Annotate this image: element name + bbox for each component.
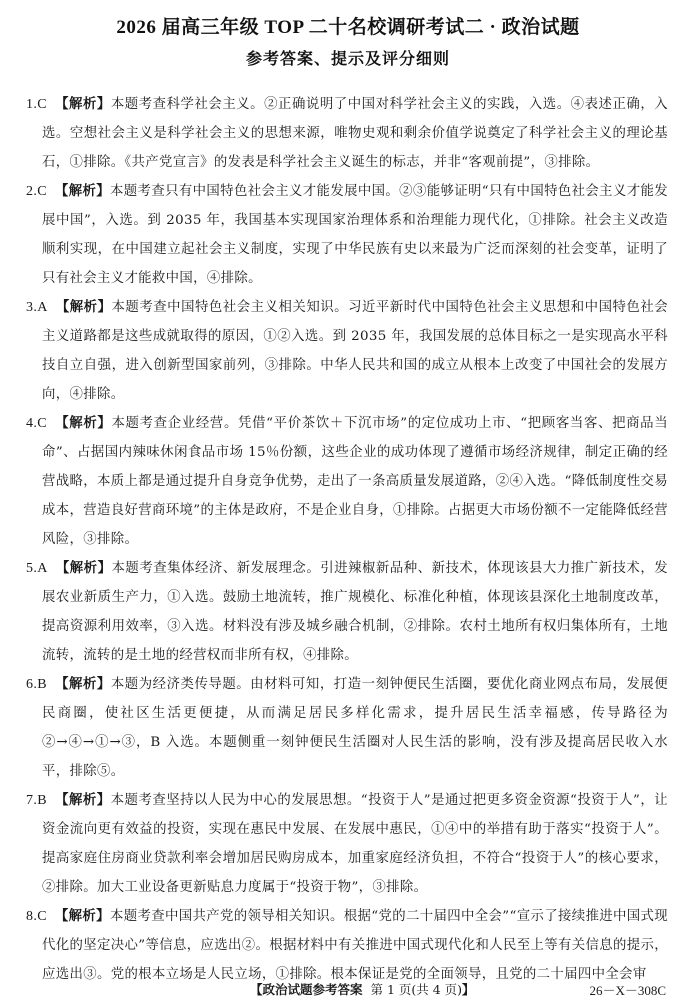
document-page: 2026 届高三年级 TOP 二十名校调研考试二 · 政治试题 参考答案、提示及… — [0, 0, 696, 1005]
item-number: 4. — [26, 416, 37, 431]
item-number: 6. — [26, 677, 37, 692]
item-explanation: 本题考查科学社会主义。②正确说明了中国对科学社会主义的实践，入选。④表述正确，入… — [42, 97, 668, 170]
footer-doc-name: 政治试题参考答案 — [263, 982, 363, 997]
answer-item-3: 3.A【解析】本题考查中国特色社会主义相关知识。习近平新时代中国特色社会主义思想… — [26, 293, 668, 409]
footer-page-label: 【政治试题参考答案 第 1 页(共 4 页)】 — [250, 980, 475, 998]
analysis-tag: 【解析】 — [55, 183, 110, 199]
item-answer: B — [37, 677, 47, 692]
footer-doc-code: 26－X－308C — [589, 980, 666, 999]
item-explanation: 本题考查集体经济、新发展理念。引进辣椒新品种、新技术，体现该县大力推广新技术，发… — [42, 561, 668, 663]
item-number: 7. — [26, 793, 37, 808]
item-answer: A — [37, 300, 47, 315]
item-explanation: 本题考查企业经营。凭借“平价茶饮＋下沉市场”的定位成功上市、“把顾客当客、把商品… — [42, 416, 668, 547]
item-number: 5. — [26, 561, 37, 576]
item-explanation: 本题考查中国共产党的领导相关知识。根据“党的二十届四中全会”“宣示了接续推进中国… — [42, 909, 668, 982]
item-explanation: 本题为经济类传导题。由材料可知，打造一刻钟便民生活圈，要优化商业网点布局，发展便… — [42, 677, 668, 779]
item-answer: C — [37, 416, 47, 431]
answer-item-8: 8.C【解析】本题考查中国共产党的领导相关知识。根据“党的二十届四中全会”“宣示… — [26, 902, 668, 989]
analysis-tag: 【解析】 — [56, 560, 112, 576]
answer-item-2: 2.C【解析】本题考查只有中国特色社会主义才能发展中国。②③能够证明“只有中国特… — [26, 177, 668, 293]
answer-item-4: 4.C【解析】本题考查企业经营。凭借“平价茶饮＋下沉市场”的定位成功上市、“把顾… — [26, 409, 668, 554]
analysis-tag: 【解析】 — [55, 676, 111, 692]
footer-page-info: 第 1 页(共 4 页) — [370, 982, 462, 997]
item-answer: C — [37, 184, 47, 199]
item-answer: C — [37, 97, 47, 112]
analysis-tag: 【解析】 — [55, 792, 111, 808]
answer-list: 1.C【解析】本题考查科学社会主义。②正确说明了中国对科学社会主义的实践，入选。… — [26, 90, 668, 989]
answer-item-7: 7.B【解析】本题考查坚持以人民为中心的发展思想。“投资于人”是通过把更多资金资… — [26, 786, 668, 902]
footer-bracket-open: 【 — [250, 982, 263, 997]
page-subtitle: 参考答案、提示及评分细则 — [0, 46, 696, 69]
item-answer: C — [37, 909, 47, 924]
item-explanation: 本题考查只有中国特色社会主义才能发展中国。②③能够证明“只有中国特色社会主义才能… — [42, 184, 668, 286]
item-number: 3. — [26, 300, 37, 315]
item-explanation: 本题考查坚持以人民为中心的发展思想。“投资于人”是通过把更多资金资源“投资于人”… — [42, 793, 668, 895]
analysis-tag: 【解析】 — [55, 415, 112, 431]
page-footer: 【政治试题参考答案 第 1 页(共 4 页)】 26－X－308C — [0, 980, 696, 1000]
footer-bracket-close: 】 — [462, 982, 475, 997]
item-number: 2. — [26, 184, 37, 199]
analysis-tag: 【解析】 — [56, 299, 112, 315]
analysis-tag: 【解析】 — [55, 908, 110, 924]
item-number: 1. — [26, 97, 37, 112]
analysis-tag: 【解析】 — [55, 96, 111, 112]
item-explanation: 本题考查中国特色社会主义相关知识。习近平新时代中国特色社会主义思想和中国特色社会… — [42, 300, 668, 402]
answer-item-1: 1.C【解析】本题考查科学社会主义。②正确说明了中国对科学社会主义的实践，入选。… — [26, 90, 668, 177]
item-answer: A — [37, 561, 47, 576]
page-title: 2026 届高三年级 TOP 二十名校调研考试二 · 政治试题 — [0, 12, 696, 39]
answer-item-5: 5.A【解析】本题考查集体经济、新发展理念。引进辣椒新品种、新技术，体现该县大力… — [26, 554, 668, 670]
answer-item-6: 6.B【解析】本题为经济类传导题。由材料可知，打造一刻钟便民生活圈，要优化商业网… — [26, 670, 668, 786]
item-number: 8. — [26, 909, 37, 924]
item-answer: B — [37, 793, 47, 808]
